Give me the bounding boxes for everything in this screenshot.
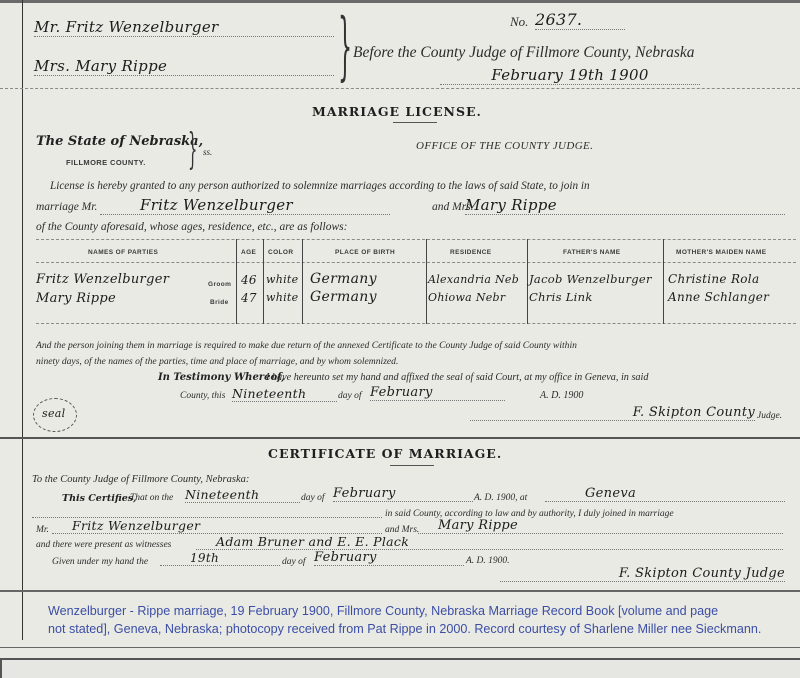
groom-color: white bbox=[266, 273, 298, 286]
marriage-mr-label: marriage Mr. bbox=[36, 201, 97, 213]
col-header-mother: MOTHER'S MAIDEN NAME bbox=[676, 249, 766, 256]
left-margin-line bbox=[22, 0, 23, 640]
ss-label: ss. bbox=[203, 147, 212, 157]
license-day-of-label: day of bbox=[338, 391, 361, 401]
aforesaid-text: of the County aforesaid, whose ages, res… bbox=[36, 221, 347, 233]
cert-place: Geneva bbox=[545, 486, 785, 502]
groom-birthplace: Germany bbox=[310, 271, 377, 287]
bride-color: white bbox=[266, 291, 298, 304]
judge-label: Judge. bbox=[757, 411, 782, 421]
groom-role: Groom bbox=[208, 281, 231, 288]
table-bottom-rule bbox=[36, 323, 796, 324]
col-divider bbox=[663, 239, 664, 324]
fillmore-county-label: FILLMORE COUNTY. bbox=[66, 158, 146, 167]
col-header-father: FATHER'S NAME bbox=[563, 249, 621, 256]
certificate-title: CERTIFICATE OF MARRIAGE. bbox=[268, 446, 502, 461]
before-judge-line: Before the County Judge of Fillmore Coun… bbox=[353, 44, 695, 62]
cert-blank-line bbox=[32, 509, 382, 518]
office-of-county-judge: OFFICE OF THE COUNTY JUDGE. bbox=[416, 140, 593, 152]
license-day: Nineteenth bbox=[232, 386, 337, 402]
col-divider bbox=[527, 239, 528, 324]
header-divider bbox=[0, 88, 800, 89]
record-number: 2637. bbox=[535, 10, 625, 30]
cert-day: Nineteenth bbox=[185, 487, 300, 503]
cert-title-rule bbox=[390, 465, 434, 466]
cert-given-ad: A. D. 1900. bbox=[466, 556, 510, 566]
col-header-birthplace: PLACE OF BIRTH bbox=[335, 249, 395, 256]
cert-witnesses: Adam Bruner and E. E. Plack bbox=[196, 534, 783, 550]
col-header-color: COLOR bbox=[268, 249, 293, 256]
license-ad: A. D. 1900 bbox=[540, 390, 583, 401]
groom-residence: Alexandria Neb bbox=[428, 273, 519, 286]
license-granted-text: License is hereby granted to any person … bbox=[50, 180, 590, 192]
cert-given-day-of: day of bbox=[282, 557, 305, 567]
cert-mr-label: Mr. bbox=[36, 525, 49, 535]
cert-bride-name: Mary Rippe bbox=[418, 518, 783, 534]
state-brace: } bbox=[188, 126, 197, 172]
number-label: No. bbox=[510, 14, 528, 30]
table-top-rule bbox=[36, 239, 796, 240]
groom-mother: Christine Rola bbox=[668, 272, 759, 286]
col-divider bbox=[426, 239, 427, 324]
cert-month: February bbox=[333, 486, 473, 502]
col-divider bbox=[302, 239, 303, 324]
table-header-rule bbox=[36, 262, 796, 263]
caption-bottom-rule bbox=[0, 647, 800, 648]
groom-name: Fritz Wenzelburger bbox=[36, 272, 169, 287]
cert-given-day: 19th bbox=[160, 551, 280, 566]
groom-age: 46 bbox=[241, 273, 257, 287]
judge-signature: F. Skipton County bbox=[470, 405, 755, 421]
cert-groom-name: Fritz Wenzelburger bbox=[52, 518, 382, 534]
header-date: February 19th 1900 bbox=[440, 66, 700, 85]
col-divider bbox=[236, 239, 237, 324]
section-divider bbox=[0, 437, 800, 439]
return-requirement-text-2: ninety days, of the names of the parties… bbox=[36, 356, 398, 367]
bride-mother: Anne Schlanger bbox=[668, 290, 769, 304]
license-groom-name: Fritz Wenzelburger bbox=[100, 196, 390, 215]
header-bride-name: Mrs. Mary Rippe bbox=[34, 57, 334, 76]
cert-that-on: That on the bbox=[130, 493, 173, 503]
license-bride-name: Mary Rippe bbox=[465, 196, 785, 215]
county-this-label: County, this bbox=[180, 391, 225, 401]
caption-line-1: Wenzelburger - Rippe marriage, 19 Februa… bbox=[48, 603, 718, 620]
cert-given-label: Given under my hand the bbox=[52, 557, 148, 567]
seal-mark: seal bbox=[33, 398, 77, 432]
cert-to-line: To the County Judge of Fillmore County, … bbox=[32, 474, 249, 485]
col-divider bbox=[263, 239, 264, 324]
top-border bbox=[0, 0, 800, 3]
testimony-text: I have hereunto set my hand and affixed … bbox=[266, 372, 648, 383]
bride-role: Bride bbox=[210, 299, 229, 306]
cert-certifies: This Certifies, bbox=[62, 493, 136, 504]
cert-ad: A. D. 1900, at bbox=[474, 493, 527, 503]
col-header-age: AGE bbox=[241, 249, 256, 256]
col-header-residence: RESIDENCE bbox=[450, 249, 492, 256]
bride-age: 47 bbox=[241, 291, 257, 305]
next-page-edge bbox=[0, 658, 800, 678]
header-groom-name: Mr. Fritz Wenzelburger bbox=[34, 18, 334, 37]
certificate-bottom-border bbox=[0, 590, 800, 592]
bride-residence: Ohiowa Nebr bbox=[428, 291, 505, 304]
seal-label: seal bbox=[42, 407, 65, 420]
license-title: MARRIAGE LICENSE. bbox=[312, 104, 482, 119]
bride-name: Mary Rippe bbox=[36, 291, 116, 306]
bride-birthplace: Germany bbox=[310, 289, 377, 305]
cert-day-of-label: day of bbox=[301, 493, 324, 503]
caption-line-2: not stated], Geneva, Nebraska; photocopy… bbox=[48, 621, 761, 638]
bride-father: Chris Link bbox=[529, 290, 593, 304]
license-month: February bbox=[370, 385, 505, 401]
groom-father: Jacob Wenzelburger bbox=[529, 272, 652, 286]
marriage-record-document: Mr. Fritz Wenzelburger Mrs. Mary Rippe }… bbox=[0, 0, 800, 678]
header-brace: } bbox=[338, 6, 352, 86]
col-header-names: NAMES OF PARTIES bbox=[88, 249, 158, 256]
return-requirement-text: And the person joining them in marriage … bbox=[36, 340, 577, 351]
cert-witnesses-label: and there were present as witnesses bbox=[36, 540, 171, 550]
cert-given-month: February bbox=[314, 550, 464, 566]
title-rule bbox=[393, 122, 437, 123]
state-of-nebraska: The State of Nebraska, bbox=[36, 134, 203, 149]
cert-signature: F. Skipton County Judge bbox=[500, 566, 785, 582]
